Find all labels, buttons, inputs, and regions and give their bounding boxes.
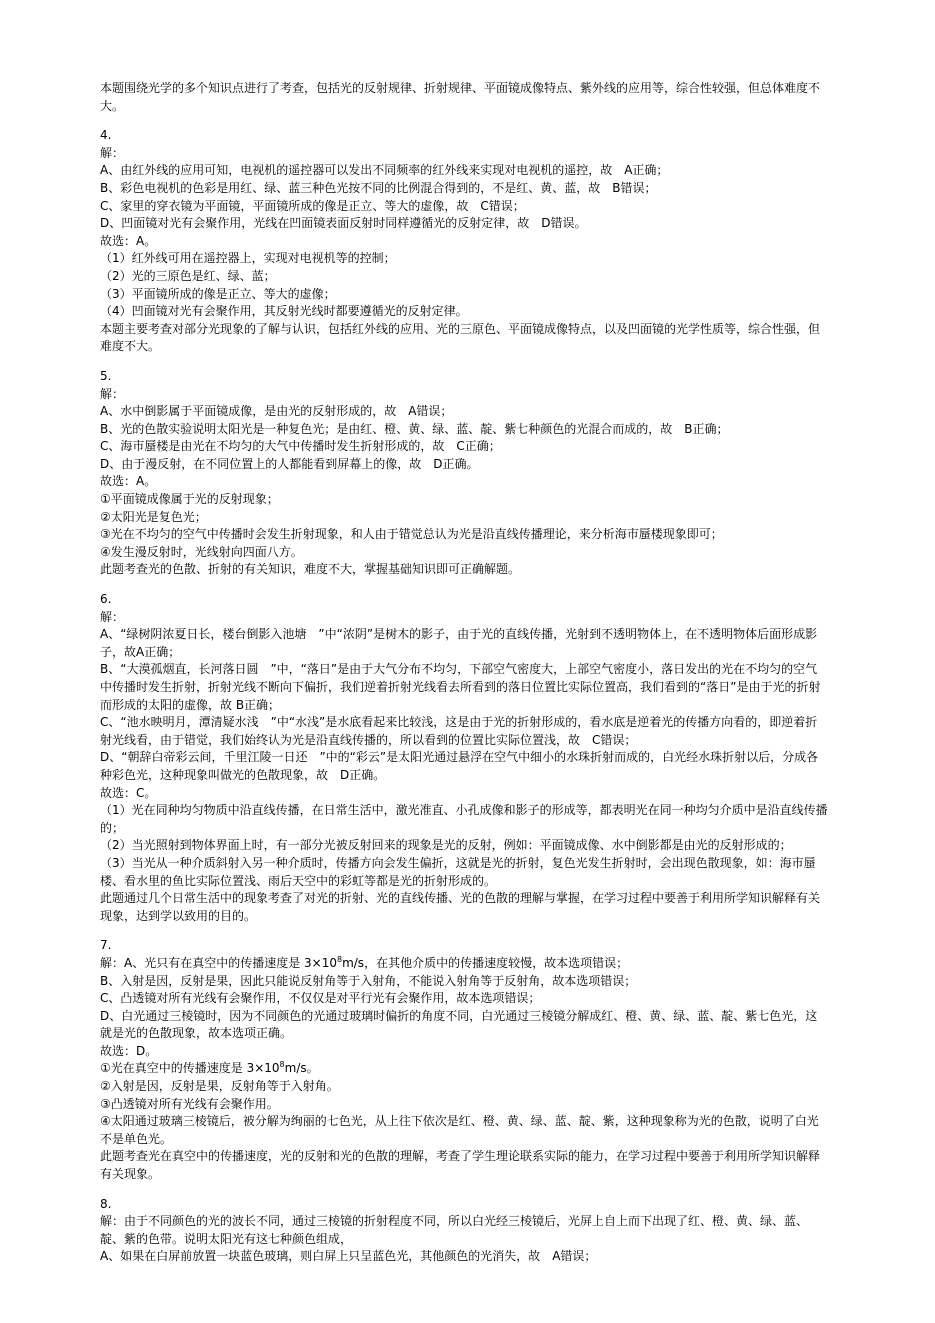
key-point: ③光在不均匀的空气中传播时会发生折射现象，和人由于错觉总认为光是沿直线传播理论，… (100, 526, 828, 544)
key-point: ②入射是因，反射是果，反射角等于入射角。 (100, 1078, 828, 1096)
solution-label: 解： (100, 145, 828, 163)
question-5-solution: 5. 解： A、水中倒影属于平面镜成像，是由光的反射形成的，故 A错误； B、光… (100, 368, 828, 579)
option-b-analysis: B、光的色散实验说明太阳光是一种复色光；是由红、橙、黄、绿、蓝、靛、紫七种颜色的… (100, 421, 828, 439)
question-7-solution: 7. 解：A、光只有在真空中的传播速度是 3×108m/s，在其他介质中的传播速… (100, 937, 828, 1183)
key-point: ①平面镜成像属于光的反射现象； (100, 491, 828, 509)
question-6-solution: 6. 解： A、“绿树阴浓夏日长，楼台倒影入池塘 ”中“浓阴”是树木的影子，由于… (100, 591, 828, 925)
key-point: （2）光的三原色是红、绿、蓝； (100, 268, 828, 286)
key-point: （2）当光照射到物体界面上时，有一部分光被反射回来的现象是光的反射，例如：平面镜… (100, 837, 828, 855)
option-d-analysis: D、“朝辞白帝彩云间，千里江陵一日还 ”中的“彩云”是太阳光通过悬浮在空气中细小… (100, 749, 828, 784)
key-point: （3）当光从一种介质斜射入另一种介质时，传播方向会发生偏折，这就是光的折射，复色… (100, 855, 828, 890)
answer-document: 本题围绕光学的多个知识点进行了考查，包括光的反射规律、折射规律、平面镜成像特点、… (100, 80, 828, 1266)
option-b-analysis: B、入射是因，反射是果，因此只能说反射角等于入射角，不能说入射角等于反射角，故本… (100, 973, 828, 991)
option-a-analysis: A、由红外线的应用可知，电视机的遥控器可以发出不同频率的红外线来实现对电视机的遥… (100, 162, 828, 180)
option-d-analysis: D、凹面镜对光有会聚作用，光线在凹面镜表面反射时同样遵循光的反射定律，故 D错误… (100, 215, 828, 233)
option-c-analysis: C、家里的穿衣镜为平面镜，平面镜所成的像是正立、等大的虚像，故 C错误； (100, 198, 828, 216)
key-point: ④太阳通过玻璃三棱镜后，被分解为绚丽的七色光，从上往下依次是红、橙、黄、绿、蓝、… (100, 1113, 828, 1148)
question-number: 5. (100, 368, 828, 386)
text: ①光在真空中的传播速度是 3×10 (100, 1061, 280, 1075)
question-number: 6. (100, 591, 828, 609)
option-d-analysis: D、由于漫反射，在不同位置上的人都能看到屏幕上的像，故 D正确。 (100, 456, 828, 474)
option-a-analysis: 解：A、光只有在真空中的传播速度是 3×108m/s，在其他介质中的传播速度较慢… (100, 955, 828, 973)
option-d-analysis: D、白光通过三棱镜时，因为不同颜色的光通过玻璃时偏折的角度不同，白光通过三棱镜分… (100, 1008, 828, 1043)
commentary: 此题考查光在真空中的传播速度，光的反射和光的色散的理解，考查了学生理论联系实际的… (100, 1148, 828, 1183)
answer-choice: 故选：A。 (100, 473, 828, 491)
answer-choice: 故选：C。 (100, 785, 828, 803)
key-point: （4）凹面镜对光有会聚作用，其反射光线时都要遵循光的反射定律。 (100, 303, 828, 321)
paragraph: 本题围绕光学的多个知识点进行了考查，包括光的反射规律、折射规律、平面镜成像特点、… (100, 80, 828, 115)
option-c-analysis: C、凸透镜对所有光线有会聚作用，不仅仅是对平行光有会聚作用，故本选项错误； (100, 990, 828, 1008)
key-point: （1）光在同种均匀物质中沿直线传播，在日常生活中，激光准直、小孔成像和影子的形成… (100, 802, 828, 837)
option-a-analysis: A、“绿树阴浓夏日长，楼台倒影入池塘 ”中“浓阴”是树木的影子，由于光的直线传播… (100, 626, 828, 661)
question-number: 4. (100, 127, 828, 145)
text: 解：A、光只有在真空中的传播速度是 3×10 (100, 956, 337, 970)
question-number: 7. (100, 937, 828, 955)
question-8-solution: 8. 解：由于不同颜色的光的波长不同，通过三棱镜的折射程度不同，所以白光经三棱镜… (100, 1196, 828, 1266)
option-a-analysis: A、如果在白屏前放置一块蓝色玻璃，则白屏上只呈蓝色光，其他颜色的光消失，故 A错… (100, 1248, 828, 1266)
solution-intro: 解：由于不同颜色的光的波长不同，通过三棱镜的折射程度不同，所以白光经三棱镜后，光… (100, 1213, 828, 1248)
option-b-analysis: B、“大漠孤烟直，长河落日圆 ”中，“落日”是由于大气分布不均匀，下部空气密度大… (100, 661, 828, 714)
option-c-analysis: C、“池水映明月，潭清疑水浅 ”中“水浅”是水底看起来比较浅，这是由于光的折射形… (100, 714, 828, 749)
intro-summary: 本题围绕光学的多个知识点进行了考查，包括光的反射规律、折射规律、平面镜成像特点、… (100, 80, 828, 115)
key-point: ③凸透镜对所有光线有会聚作用。 (100, 1096, 828, 1114)
question-4-solution: 4. 解： A、由红外线的应用可知，电视机的遥控器可以发出不同频率的红外线来实现… (100, 127, 828, 356)
key-point: ④发生漫反射时，光线射向四面八方。 (100, 544, 828, 562)
commentary: 此题通过几个日常生活中的现象考查了对光的折射、光的直线传播、光的色散的理解与掌握… (100, 890, 828, 925)
solution-label: 解： (100, 386, 828, 404)
text: m/s。 (285, 1061, 319, 1075)
key-point: （3）平面镜所成的像是正立、等大的虚像； (100, 286, 828, 304)
key-point: ①光在真空中的传播速度是 3×108m/s。 (100, 1060, 828, 1078)
question-number: 8. (100, 1196, 828, 1214)
solution-label: 解： (100, 609, 828, 627)
key-point: ②太阳光是复色光； (100, 509, 828, 527)
answer-choice: 故选：A。 (100, 233, 828, 251)
key-point: （1）红外线可用在遥控器上，实现对电视机等的控制； (100, 250, 828, 268)
option-c-analysis: C、海市蜃楼是由光在不均匀的大气中传播时发生折射形成的，故 C正确； (100, 438, 828, 456)
commentary: 本题主要考查对部分光现象的了解与认识，包括红外线的应用、光的三原色、平面镜成像特… (100, 321, 828, 356)
option-b-analysis: B、彩色电视机的色彩是用红、绿、蓝三种色光按不同的比例混合得到的，不是红、黄、蓝… (100, 180, 828, 198)
text: m/s，在其他介质中的传播速度较慢，故本选项错误； (342, 956, 628, 970)
commentary: 此题考查光的色散、折射的有关知识，难度不大，掌握基础知识即可正确解题。 (100, 561, 828, 579)
option-a-analysis: A、水中倒影属于平面镜成像，是由光的反射形成的，故 A错误； (100, 403, 828, 421)
answer-choice: 故选：D。 (100, 1043, 828, 1061)
